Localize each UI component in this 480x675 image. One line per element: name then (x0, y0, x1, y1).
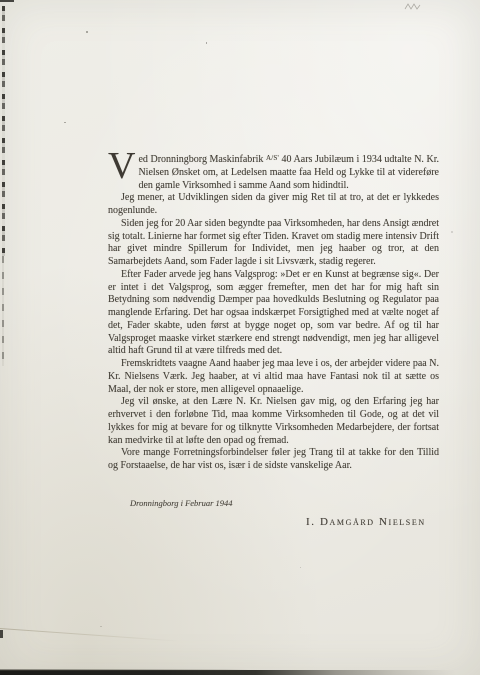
pen-mark (404, 2, 422, 11)
paper-crease (0, 627, 180, 641)
paper-speck (64, 122, 66, 123)
paper-speck (86, 31, 88, 33)
scan-artifact-left-edge-lower (2, 256, 4, 366)
paragraph: Vore mange Forretningsforbindelser føler… (108, 447, 439, 473)
dateline: Dronningborg i Februar 1944 (130, 498, 233, 508)
paragraph: Efter Fader arvede jeg hans Valgsprog: »… (108, 269, 439, 358)
paragraph: Jeg vil ønske, at den Lære N. Kr. Nielse… (108, 396, 439, 447)
paper-speck (100, 626, 102, 627)
drop-cap: V (108, 152, 138, 181)
paragraph-text: ed Dronningborg Maskinfabrik (138, 154, 266, 165)
scan-artifact-corner-mark (0, 630, 3, 638)
scan-artifact-top-edge (0, 0, 14, 2)
scan-artifact-left-edge (2, 6, 5, 256)
paper-speck (451, 231, 453, 233)
paragraph-opening: Ved Dronningborg Maskinfabrik A/S' 40 Aa… (108, 152, 439, 192)
paragraph: Siden jeg for 20 Aar siden begyndte paa … (108, 218, 439, 269)
company-abbreviation: A/S' (266, 154, 279, 162)
paragraph: Fremskridtets vaagne Aand haaber jeg maa… (108, 358, 439, 396)
paragraph: Jeg mener, at Udviklingen siden da giver… (108, 192, 439, 218)
scanned-page: Ved Dronningborg Maskinfabrik A/S' 40 Aa… (0, 0, 480, 675)
letter-body: Ved Dronningborg Maskinfabrik A/S' 40 Aa… (108, 152, 439, 473)
signature: I. Damgård Nielsen (306, 516, 426, 528)
paper-speck (206, 42, 207, 44)
paper-speck (300, 567, 301, 568)
scan-artifact-bottom-band-shadow (0, 669, 250, 671)
